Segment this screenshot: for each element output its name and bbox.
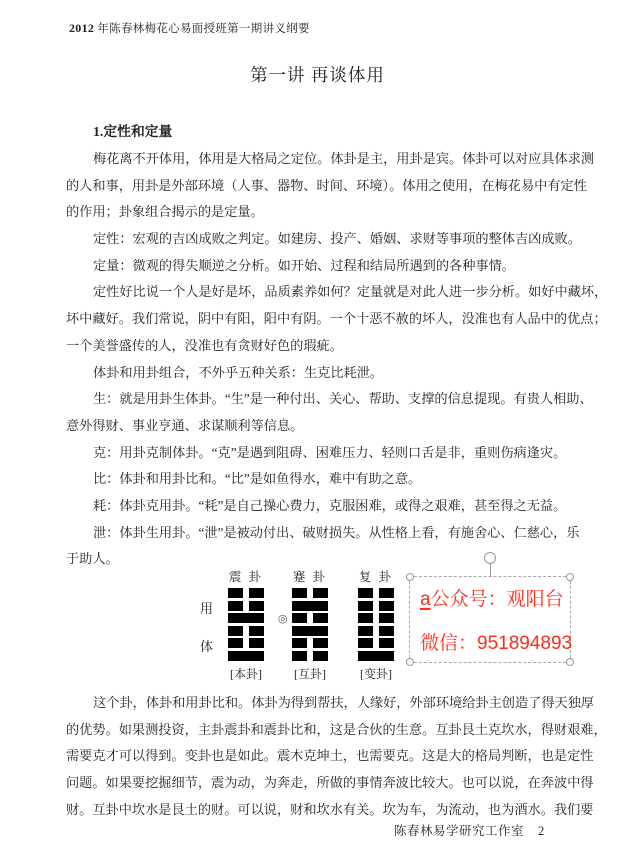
page-title: 第一讲 再谈体用 xyxy=(0,62,635,87)
text-line: 财。互卦中坎水是艮土的财。可以说，财和坎水有关。坎为车，为流动，也为酒水。我们要 xyxy=(66,797,572,824)
yin-line xyxy=(358,601,394,611)
yin-line xyxy=(228,638,264,648)
yang-line xyxy=(358,651,394,661)
hexagram-column: 复 卦[变卦] xyxy=(358,588,394,664)
hexagram-tag: [本卦] xyxy=(224,665,268,682)
text-line: 梅花离不开体用，体用是大格局之定位。体卦是主，用卦是宾。体卦可以对应具体求测 xyxy=(66,146,572,173)
yin-line xyxy=(292,651,328,661)
yin-line xyxy=(358,626,394,636)
text-line: 定性好比说一个人是好是坏，品质素养如何？定量就是对此人进一步分析。如好中藏坏， xyxy=(66,279,572,306)
yin-line xyxy=(292,588,328,598)
text-line: 定量：微观的得失顺逆之分析。如开始、过程和结局所遇到的各种事情。 xyxy=(66,253,572,280)
hexagram-column: 震 卦[本卦] xyxy=(228,588,264,664)
text-line: 的作用；卦象组合揭示的是定量。 xyxy=(66,199,572,226)
text-line: 的优势。如果测投资，主卦震卦和震卦比和，这是合伙的生意。互卦艮土克坎水，得财艰难… xyxy=(66,717,572,744)
yin-line xyxy=(228,588,264,598)
text-line: 这个卦，体卦和用卦比和。体卦为得到帮扶，人缘好，外部环境给卦主创造了得天独厚 xyxy=(66,690,572,717)
rotation-handle[interactable] xyxy=(484,552,496,564)
yin-line xyxy=(358,613,394,623)
page-number: 2 xyxy=(538,824,545,838)
resize-handle-bottom-left[interactable] xyxy=(406,658,414,666)
yang-line xyxy=(228,613,264,623)
rotation-handle-stem xyxy=(490,564,491,577)
text-line: 问题。如果要挖掘细节，震为动，为奔走，所做的事情奔波比较大。也可以说，在奔波中得 xyxy=(66,770,572,797)
upper-trigram-label: 用 xyxy=(200,598,213,617)
annotation-account: 公众号：观阳台 xyxy=(431,589,564,610)
text-line: 克：用卦克制体卦。“克”是遇到阻碍、困难压力、轻则口舌是非，重则伤病逢灾。 xyxy=(66,440,572,467)
text-line: 一个美誉盛传的人，没准也有贪财好色的瑕疵。 xyxy=(66,333,572,360)
lower-trigram-label: 体 xyxy=(200,636,213,655)
hexagram-tag: [互卦] xyxy=(288,665,332,682)
document-page: 2012 年陈春林梅花心易面授班第一期讲义纲要 第一讲 再谈体用 1.定性和定量… xyxy=(0,0,635,842)
resize-handle-top-right[interactable] xyxy=(566,573,574,581)
yin-line xyxy=(228,601,264,611)
text-line: 需要克才可以得到。变卦也是如此。震木克坤土，也需要克。这是大的格局判断，也是定性 xyxy=(66,743,572,770)
body-text-block: 梅花离不开体用，体用是大格局之定位。体卦是主，用卦是宾。体卦可以对应具体求测的人… xyxy=(66,146,572,573)
hexagram-column: 蹇 卦[互卦] xyxy=(292,588,328,664)
text-line: 生：就是用卦生体卦。“生”是一种付出、关心、帮助、支撑的信息提现。有贵人相助、 xyxy=(66,386,572,413)
text-line: 耗：体卦克用卦。“耗”是自己操心费力，克服困难，或得之艰难，甚至得之无益。 xyxy=(66,493,572,520)
yang-line xyxy=(292,626,328,636)
text-line: 意外得财、事业亨通、求谋顺利等信息。 xyxy=(66,413,572,440)
section-heading: 1.定性和定量 xyxy=(66,120,172,140)
yang-line xyxy=(228,651,264,661)
yin-line xyxy=(292,613,328,623)
text-line: 泄：体卦生用卦。“泄”是被动付出、破财损失。从性格上看，有施舍心、仁慈心，乐 xyxy=(66,520,572,547)
hexagram-tag: [变卦] xyxy=(354,665,398,682)
annotation-selection-box[interactable]: a公众号：观阳台 微信：951894893 xyxy=(409,576,571,663)
moving-line-marker: ◎ xyxy=(278,614,288,624)
yin-line xyxy=(358,588,394,598)
yin-line xyxy=(292,638,328,648)
text-line: 于助人。 xyxy=(66,546,572,573)
yin-line xyxy=(358,638,394,648)
text-line: 定性：宏观的吉凶成败之判定。如建房、投产、婚姻、求财等事项的整体吉凶成败。 xyxy=(66,226,572,253)
resize-handle-top-left[interactable] xyxy=(406,573,414,581)
text-line: 比：体卦和用卦比和。“比”是如鱼得水，难中有助之意。 xyxy=(66,466,572,493)
annotation-prefix: a xyxy=(420,589,431,610)
footer-studio: 陈春林易学研究工作室 xyxy=(394,824,524,838)
yin-line xyxy=(228,626,264,636)
text-line: 体卦和用卦组合，不外乎五种关系：生克比耗泄。 xyxy=(66,360,572,387)
text-line: 坏中藏好。我们常说，阴中有阳，阳中有阴。一个十恶不赦的坏人，没准也有人品中的优点… xyxy=(66,306,572,333)
text-line: 的人和事，用卦是外部环境（人事、器物、时间、环境）。体用之使用，在梅花易中有定性 xyxy=(66,173,572,200)
annotation-line1: a公众号：观阳台 xyxy=(420,584,564,611)
annotation-line2: 微信：951894893 xyxy=(420,628,572,655)
page-header: 2012 年陈春林梅花心易面授班第一期讲义纲要 xyxy=(69,20,310,36)
page-footer: 陈春林易学研究工作室2 xyxy=(394,821,545,839)
resize-handle-bottom-right[interactable] xyxy=(566,658,574,666)
header-text: 年陈春林梅花心易面授班第一期讲义纲要 xyxy=(94,23,310,35)
header-year: 2012 xyxy=(69,21,94,35)
bottom-text-block: 这个卦，体卦和用卦比和。体卦为得到帮扶，人缘好，外部环境给卦主创造了得天独厚的优… xyxy=(66,690,572,823)
yang-line xyxy=(292,601,328,611)
